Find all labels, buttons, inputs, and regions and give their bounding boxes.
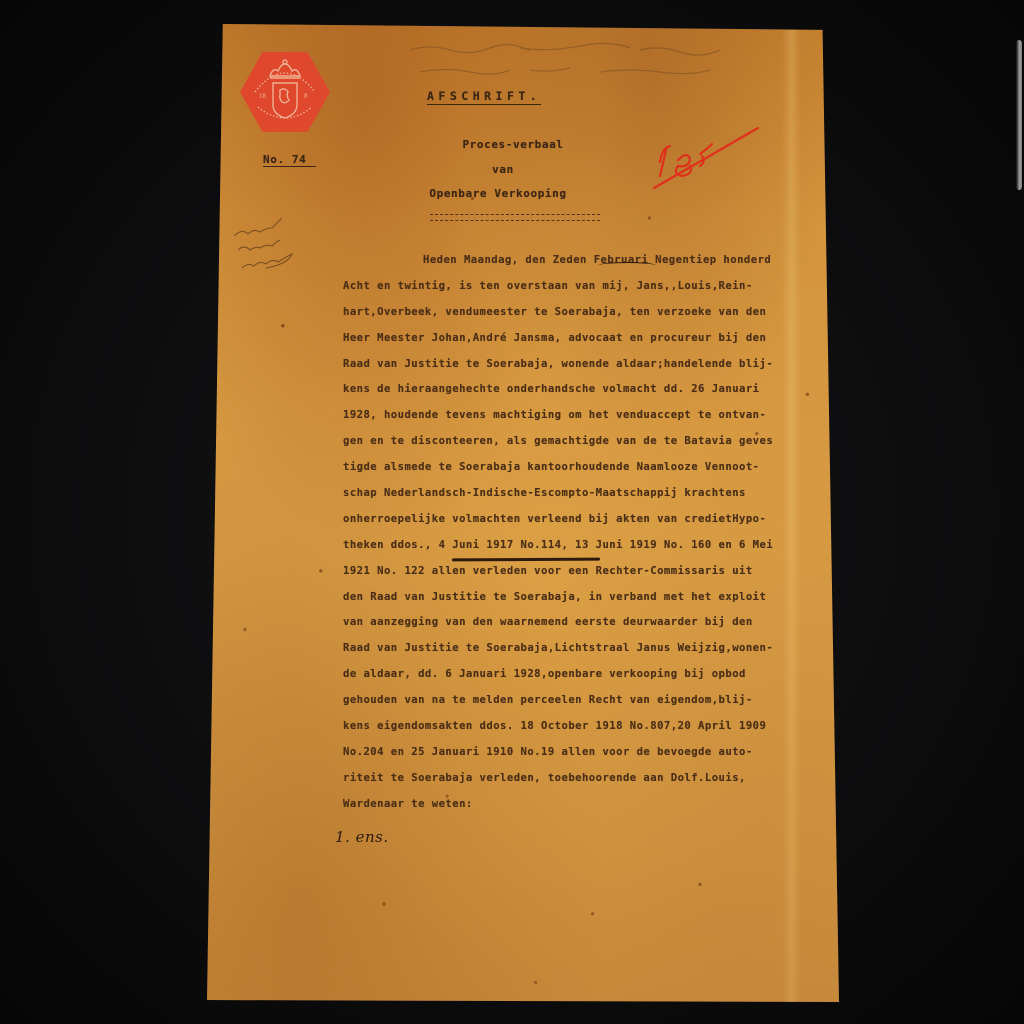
body-line: schap Nederlandsch-Indische-Escompto-Maa…	[343, 484, 843, 510]
body-line: gen en te disconteeren, als gemachtigde …	[343, 432, 843, 458]
body-line: den Raad van Justitie te Soerabaja, in v…	[343, 588, 843, 614]
body-line: de aldaar, dd. 6 Januari 1928,openbare v…	[343, 665, 843, 691]
body-line: kens de hieraangehechte onderhandsche vo…	[343, 380, 843, 406]
body-line: kens eigendomsakten ddos. 18 October 191…	[343, 717, 843, 743]
body-line: 1928, houdende tevens machtiging om het …	[343, 406, 843, 432]
body-line: Raad van Justitie te Soerabaja, wonende …	[343, 355, 843, 381]
body-line: No.204 en 25 Januari 1910 No.19 allen vo…	[343, 743, 843, 769]
photo-stage: 18 8 AFSCHRIFT. No. 74 Proces-verbaal va…	[0, 0, 1024, 1024]
handwritten-underline-februari	[598, 262, 656, 269]
edge-reflection	[1016, 40, 1022, 190]
body-line: Heden Maandag, den Zeden Februari Negent…	[343, 251, 843, 277]
handwritten-footer-note: 1. ens.	[335, 828, 389, 846]
svg-text:18: 18	[259, 92, 267, 100]
red-pencil-annotation	[650, 120, 770, 200]
body-line: Heer Meester Johan,André Jansma, advocaa…	[343, 329, 843, 355]
body-line: hart,Overbeek, vendumeester te Soerabaja…	[343, 303, 843, 329]
faint-pencil-notes	[400, 38, 760, 84]
body-line: Raad van Justitie te Soerabaja,Lichtstra…	[343, 639, 843, 665]
svg-text:8: 8	[304, 92, 308, 100]
body-line: 1921 No. 122 allen verleden voor een Rec…	[343, 562, 843, 588]
document-number: No. 74	[263, 153, 316, 167]
body-line: van aanzegging van den waarnemend eerste…	[343, 613, 843, 639]
document-title: AFSCHRIFT.	[427, 89, 541, 105]
body-line: riteit te Soerabaja verleden, toebehoore…	[343, 769, 843, 795]
margin-pencil-note	[228, 210, 308, 290]
heading-line-3: Openbare Verkooping	[348, 187, 648, 200]
body-line: onherroepelijke volmachten verleend bij …	[343, 510, 843, 536]
document-body: Heden Maandag, den Zeden Februari Negent…	[343, 251, 843, 821]
body-line: Wardenaar te weten:	[343, 795, 843, 821]
body-line: tigde alsmede te Soerabaja kantoorhouden…	[343, 458, 843, 484]
body-line: gehouden van na te melden perceelen Rech…	[343, 691, 843, 717]
heading-double-rule	[430, 214, 600, 221]
heading-line-2: van	[353, 163, 653, 176]
heading-line-1: Proces-verbaal	[363, 138, 663, 151]
body-line: Acht en twintig, is ten overstaan van mi…	[343, 277, 843, 303]
